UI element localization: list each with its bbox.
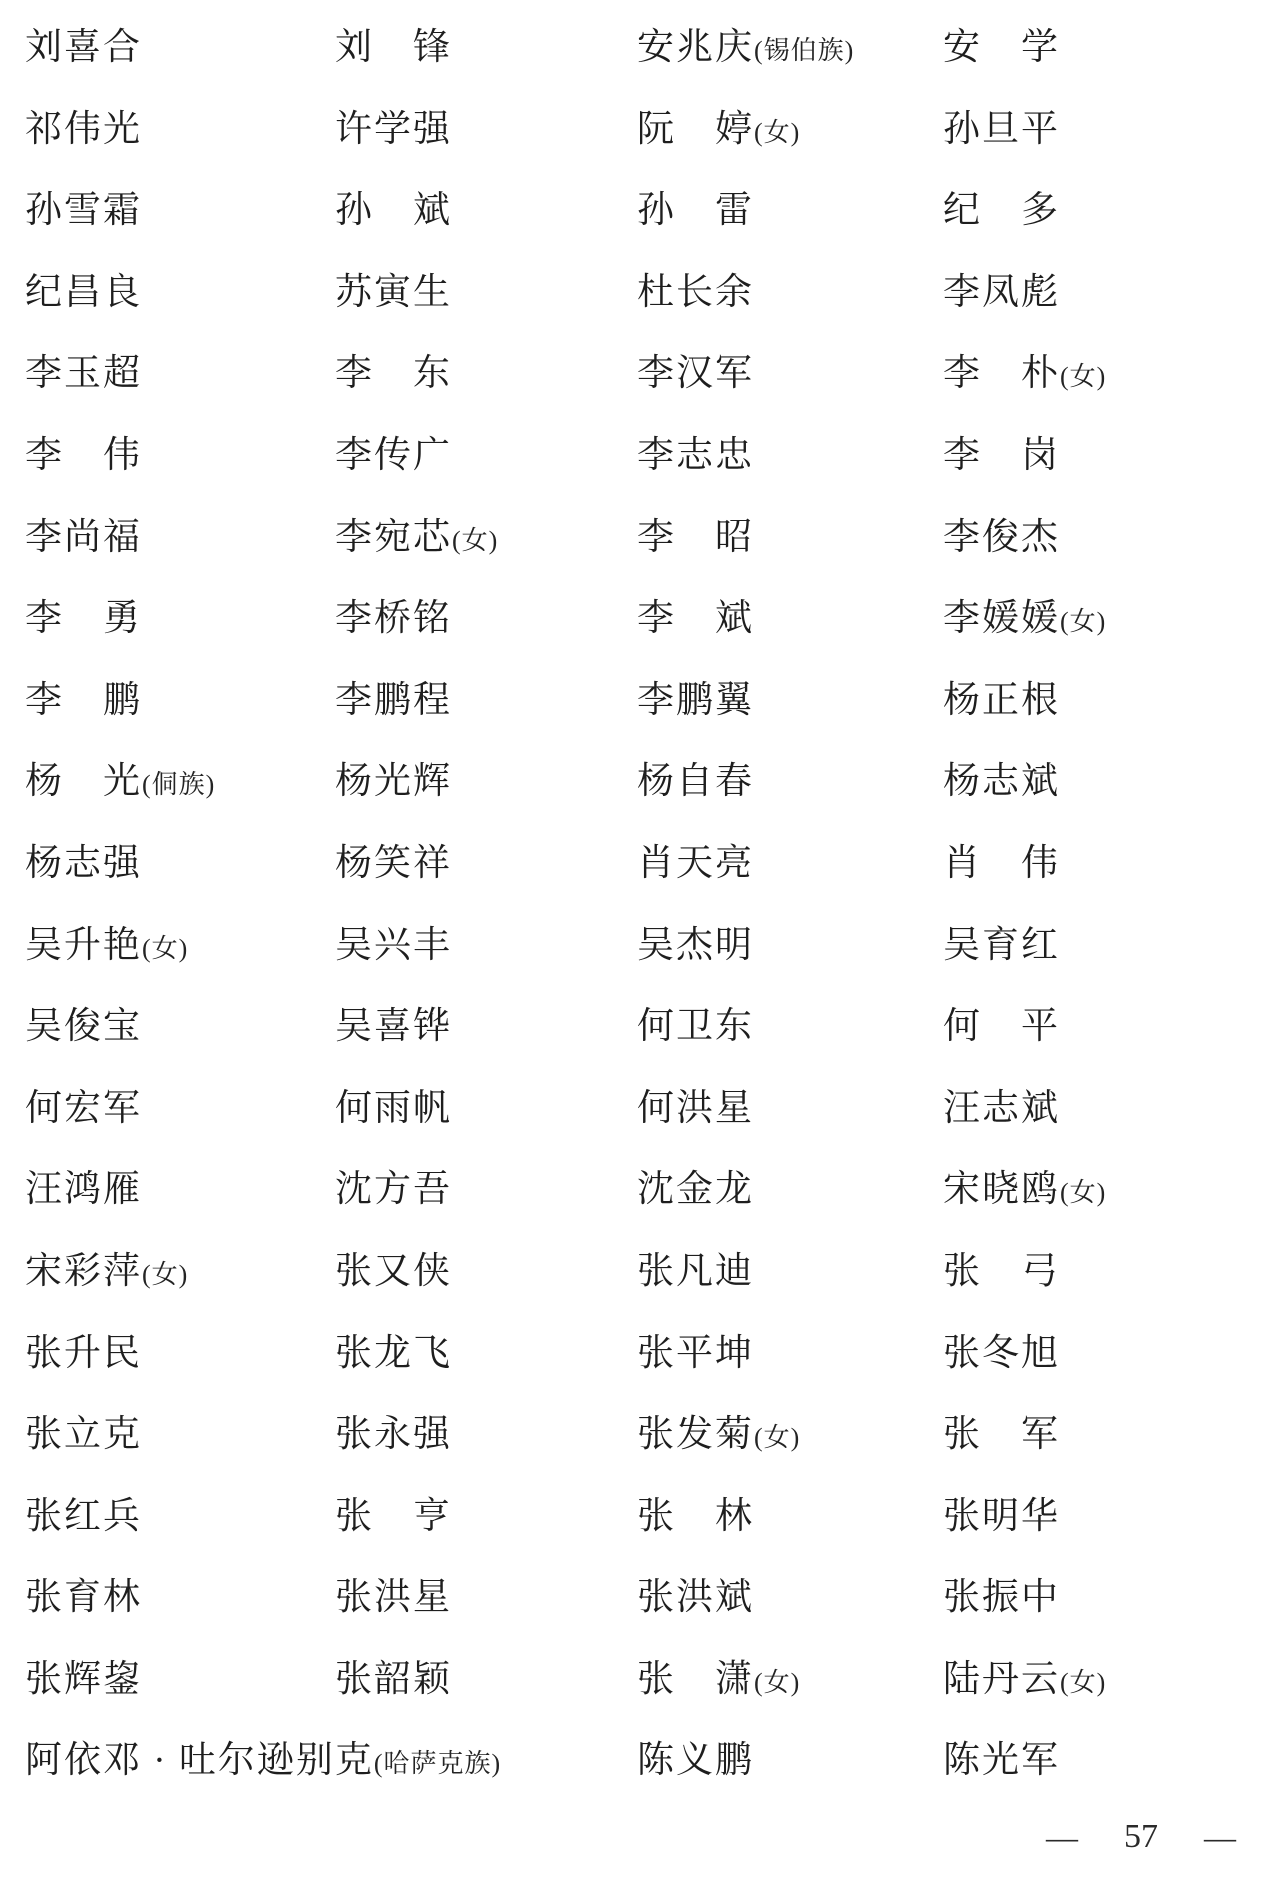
ethnicity-gender-note: (锡伯族) — [754, 38, 854, 64]
roster-entry: 孙旦平 — [943, 106, 1277, 188]
roster-entry: 安 学 — [943, 24, 1277, 106]
ethnicity-gender-note: (女) — [1060, 364, 1106, 390]
person-name: 刘喜合 — [25, 29, 142, 68]
roster-entry: 李媛媛(女) — [943, 595, 1277, 677]
roster-entry: 杨正根 — [943, 677, 1277, 759]
roster-entry: 肖 伟 — [943, 840, 1277, 922]
roster-entry: 汪志斌 — [943, 1085, 1277, 1167]
roster-entry: 张永强 — [335, 1411, 637, 1493]
person-name: 汪志斌 — [943, 1090, 1060, 1129]
roster-entry: 杜长余 — [637, 269, 943, 351]
page-number-value: 57 — [1124, 1818, 1158, 1856]
person-name: 张 林 — [637, 1498, 754, 1537]
roster-entry: 肖天亮 — [637, 840, 943, 922]
roster-entry: 李志忠 — [637, 432, 943, 514]
person-name: 张辉鋆 — [25, 1661, 142, 1700]
roster-entry: 张又侠 — [335, 1248, 637, 1330]
roster-entry: 李 岗 — [943, 432, 1277, 514]
roster-entry: 李宛芯(女) — [335, 514, 637, 596]
roster-entry: 陆丹云(女) — [943, 1656, 1277, 1738]
roster-entry: 张 亨 — [335, 1493, 637, 1575]
person-name: 李鹏翼 — [637, 682, 754, 721]
roster-entry: 孙 斌 — [335, 187, 637, 269]
person-name: 阿依邓 · 吐尔逊别克 — [25, 1742, 374, 1781]
person-name: 张发菊 — [637, 1416, 754, 1455]
roster-entry: 李凤彪 — [943, 269, 1277, 351]
person-name: 许学强 — [335, 111, 452, 150]
roster-entry: 刘 锋 — [335, 24, 637, 106]
person-name: 李 岗 — [943, 437, 1060, 476]
person-name: 张 军 — [943, 1416, 1060, 1455]
person-name: 纪 多 — [943, 192, 1060, 231]
roster-entry: 李 勇 — [25, 595, 335, 677]
roster-entry: 张 林 — [637, 1493, 943, 1575]
person-name: 张育林 — [25, 1579, 142, 1618]
ethnicity-gender-note: (女) — [1060, 609, 1106, 635]
person-name: 吴育红 — [943, 927, 1060, 966]
person-name: 李鹏程 — [335, 682, 452, 721]
person-name: 张振中 — [943, 1579, 1060, 1618]
roster-entry: 沈金龙 — [637, 1166, 943, 1248]
roster-entry: 吴喜铧 — [335, 1003, 637, 1085]
roster-entry: 张 弓 — [943, 1248, 1277, 1330]
roster-entry: 宋彩萍(女) — [25, 1248, 335, 1330]
person-name: 何 平 — [943, 1008, 1060, 1047]
person-name: 李 勇 — [25, 600, 142, 639]
person-name: 吴兴丰 — [335, 927, 452, 966]
person-name: 祁伟光 — [25, 111, 142, 150]
roster-entry: 张明华 — [943, 1493, 1277, 1575]
roster-entry: 张立克 — [25, 1411, 335, 1493]
person-name: 李 东 — [335, 355, 452, 394]
roster-entry: 张 潇(女) — [637, 1656, 943, 1738]
roster-entry: 李尚福 — [25, 514, 335, 596]
ethnicity-gender-note: (哈萨克族) — [374, 1751, 501, 1777]
roster-entry: 张发菊(女) — [637, 1411, 943, 1493]
person-name: 张洪星 — [335, 1579, 452, 1618]
person-name: 宋彩萍 — [25, 1253, 142, 1292]
ethnicity-gender-note: (女) — [142, 936, 188, 962]
roster-entry: 刘喜合 — [25, 24, 335, 106]
person-name: 李 鹏 — [25, 682, 142, 721]
page-number-dash-right: — — [1204, 1819, 1236, 1856]
roster-entry: 李 伟 — [25, 432, 335, 514]
roster-entry: 汪鸿雁 — [25, 1166, 335, 1248]
person-name: 孙旦平 — [943, 111, 1060, 150]
person-name: 杨 光 — [25, 763, 142, 802]
person-name: 杨笑祥 — [335, 845, 452, 884]
roster-entry: 张凡迪 — [637, 1248, 943, 1330]
roster-entry: 杨光辉 — [335, 758, 637, 840]
roster-entry: 杨自春 — [637, 758, 943, 840]
person-name: 张明华 — [943, 1498, 1060, 1537]
person-name: 汪鸿雁 — [25, 1171, 142, 1210]
person-name: 张 弓 — [943, 1253, 1060, 1292]
person-name: 张红兵 — [25, 1498, 142, 1537]
roster-entry: 孙雪霜 — [25, 187, 335, 269]
person-name: 陆丹云 — [943, 1661, 1060, 1700]
person-name: 杨正根 — [943, 682, 1060, 721]
page-number: — 57 — — [1046, 1818, 1236, 1856]
person-name: 吴杰明 — [637, 927, 754, 966]
person-name: 李 斌 — [637, 600, 754, 639]
roster-entry: 张 军 — [943, 1411, 1277, 1493]
person-name: 孙 雷 — [637, 192, 754, 231]
person-name: 陈义鹏 — [637, 1742, 754, 1781]
person-name: 陈光军 — [943, 1742, 1060, 1781]
roster-entry: 阮 婷(女) — [637, 106, 943, 188]
roster-entry: 孙 雷 — [637, 187, 943, 269]
person-name: 何宏军 — [25, 1090, 142, 1129]
person-name: 吴俊宝 — [25, 1008, 142, 1047]
roster-entry: 何洪星 — [637, 1085, 943, 1167]
roster-entry: 李 东 — [335, 350, 637, 432]
person-name: 杨志强 — [25, 845, 142, 884]
person-name: 李尚福 — [25, 519, 142, 558]
roster-entry: 纪昌良 — [25, 269, 335, 351]
document-page: 刘喜合刘 锋安兆庆(锡伯族)安 学祁伟光许学强阮 婷(女)孙旦平孙雪霜孙 斌孙 … — [0, 0, 1277, 1889]
roster-entry: 张红兵 — [25, 1493, 335, 1575]
roster-entry: 张龙飞 — [335, 1330, 637, 1412]
roster-entry: 张辉鋆 — [25, 1656, 335, 1738]
person-name: 杜长余 — [637, 274, 754, 313]
person-name: 李汉军 — [637, 355, 754, 394]
roster-entry: 李桥铭 — [335, 595, 637, 677]
roster-entry: 苏寅生 — [335, 269, 637, 351]
roster-entry: 李 昭 — [637, 514, 943, 596]
person-name: 杨自春 — [637, 763, 754, 802]
person-name: 李志忠 — [637, 437, 754, 476]
person-name: 杨光辉 — [335, 763, 452, 802]
person-name: 张立克 — [25, 1416, 142, 1455]
roster-entry: 李鹏翼 — [637, 677, 943, 759]
person-name: 阮 婷 — [637, 111, 754, 150]
roster-entry: 李传广 — [335, 432, 637, 514]
roster-entry: 安兆庆(锡伯族) — [637, 24, 943, 106]
person-name: 宋晓鸥 — [943, 1171, 1060, 1210]
person-name: 何雨帆 — [335, 1090, 452, 1129]
person-name: 李宛芯 — [335, 519, 452, 558]
roster-entry: 张韶颖 — [335, 1656, 637, 1738]
ethnicity-gender-note: (女) — [754, 1670, 800, 1696]
page-number-dash-left: — — [1046, 1819, 1078, 1856]
person-name: 杨志斌 — [943, 763, 1060, 802]
roster-entry: 许学强 — [335, 106, 637, 188]
roster-entry: 何 平 — [943, 1003, 1277, 1085]
roster-entry: 张洪星 — [335, 1574, 637, 1656]
roster-entry: 陈义鹏 — [637, 1737, 943, 1819]
person-name: 李玉超 — [25, 355, 142, 394]
ethnicity-gender-note: (侗族) — [142, 772, 215, 798]
person-name: 肖天亮 — [637, 845, 754, 884]
roster-entry: 杨 光(侗族) — [25, 758, 335, 840]
roster-grid: 刘喜合刘 锋安兆庆(锡伯族)安 学祁伟光许学强阮 婷(女)孙旦平孙雪霜孙 斌孙 … — [0, 0, 1277, 1819]
person-name: 张永强 — [335, 1416, 452, 1455]
person-name: 李桥铭 — [335, 600, 452, 639]
roster-entry: 张平坤 — [637, 1330, 943, 1412]
person-name: 李凤彪 — [943, 274, 1060, 313]
roster-entry: 纪 多 — [943, 187, 1277, 269]
ethnicity-gender-note: (女) — [142, 1262, 188, 1288]
person-name: 李传广 — [335, 437, 452, 476]
roster-entry: 张冬旭 — [943, 1330, 1277, 1412]
roster-entry: 杨志斌 — [943, 758, 1277, 840]
roster-entry: 李 朴(女) — [943, 350, 1277, 432]
roster-entry: 宋晓鸥(女) — [943, 1166, 1277, 1248]
person-name: 张冬旭 — [943, 1335, 1060, 1374]
roster-entry: 杨志强 — [25, 840, 335, 922]
person-name: 何卫东 — [637, 1008, 754, 1047]
roster-entry: 沈方吾 — [335, 1166, 637, 1248]
person-name: 张升民 — [25, 1335, 142, 1374]
roster-entry: 何雨帆 — [335, 1085, 637, 1167]
ethnicity-gender-note: (女) — [1060, 1180, 1106, 1206]
roster-entry: 祁伟光 — [25, 106, 335, 188]
person-name: 何洪星 — [637, 1090, 754, 1129]
person-name: 李媛媛 — [943, 600, 1060, 639]
ethnicity-gender-note: (女) — [452, 528, 498, 554]
person-name: 吴喜铧 — [335, 1008, 452, 1047]
roster-entry: 张升民 — [25, 1330, 335, 1412]
person-name: 沈方吾 — [335, 1171, 452, 1210]
person-name: 张韶颖 — [335, 1661, 452, 1700]
roster-entry: 阿依邓 · 吐尔逊别克(哈萨克族) — [25, 1737, 637, 1819]
person-name: 李 伟 — [25, 437, 142, 476]
roster-entry: 吴升艳(女) — [25, 922, 335, 1004]
person-name: 孙雪霜 — [25, 192, 142, 231]
person-name: 张龙飞 — [335, 1335, 452, 1374]
roster-entry: 李鹏程 — [335, 677, 637, 759]
roster-entry: 张育林 — [25, 1574, 335, 1656]
person-name: 李 朴 — [943, 355, 1060, 394]
person-name: 安 学 — [943, 29, 1060, 68]
person-name: 沈金龙 — [637, 1171, 754, 1210]
person-name: 安兆庆 — [637, 29, 754, 68]
roster-entry: 何宏军 — [25, 1085, 335, 1167]
person-name: 孙 斌 — [335, 192, 452, 231]
roster-entry: 吴俊宝 — [25, 1003, 335, 1085]
roster-entry: 杨笑祥 — [335, 840, 637, 922]
ethnicity-gender-note: (女) — [754, 120, 800, 146]
person-name: 张 潇 — [637, 1661, 754, 1700]
person-name: 张洪斌 — [637, 1579, 754, 1618]
ethnicity-gender-note: (女) — [754, 1425, 800, 1451]
person-name: 李俊杰 — [943, 519, 1060, 558]
roster-entry: 何卫东 — [637, 1003, 943, 1085]
person-name: 张凡迪 — [637, 1253, 754, 1292]
roster-entry: 李俊杰 — [943, 514, 1277, 596]
roster-entry: 张洪斌 — [637, 1574, 943, 1656]
person-name: 张 亨 — [335, 1498, 452, 1537]
roster-entry: 李汉军 — [637, 350, 943, 432]
person-name: 纪昌良 — [25, 274, 142, 313]
person-name: 吴升艳 — [25, 927, 142, 966]
roster-entry: 李玉超 — [25, 350, 335, 432]
roster-entry: 吴兴丰 — [335, 922, 637, 1004]
person-name: 李 昭 — [637, 519, 754, 558]
person-name: 张又侠 — [335, 1253, 452, 1292]
roster-entry: 李 斌 — [637, 595, 943, 677]
roster-entry: 李 鹏 — [25, 677, 335, 759]
roster-entry: 陈光军 — [943, 1737, 1277, 1819]
person-name: 肖 伟 — [943, 845, 1060, 884]
person-name: 苏寅生 — [335, 274, 452, 313]
roster-entry: 吴育红 — [943, 922, 1277, 1004]
ethnicity-gender-note: (女) — [1060, 1670, 1106, 1696]
roster-entry: 张振中 — [943, 1574, 1277, 1656]
roster-entry: 吴杰明 — [637, 922, 943, 1004]
person-name: 张平坤 — [637, 1335, 754, 1374]
person-name: 刘 锋 — [335, 29, 452, 68]
